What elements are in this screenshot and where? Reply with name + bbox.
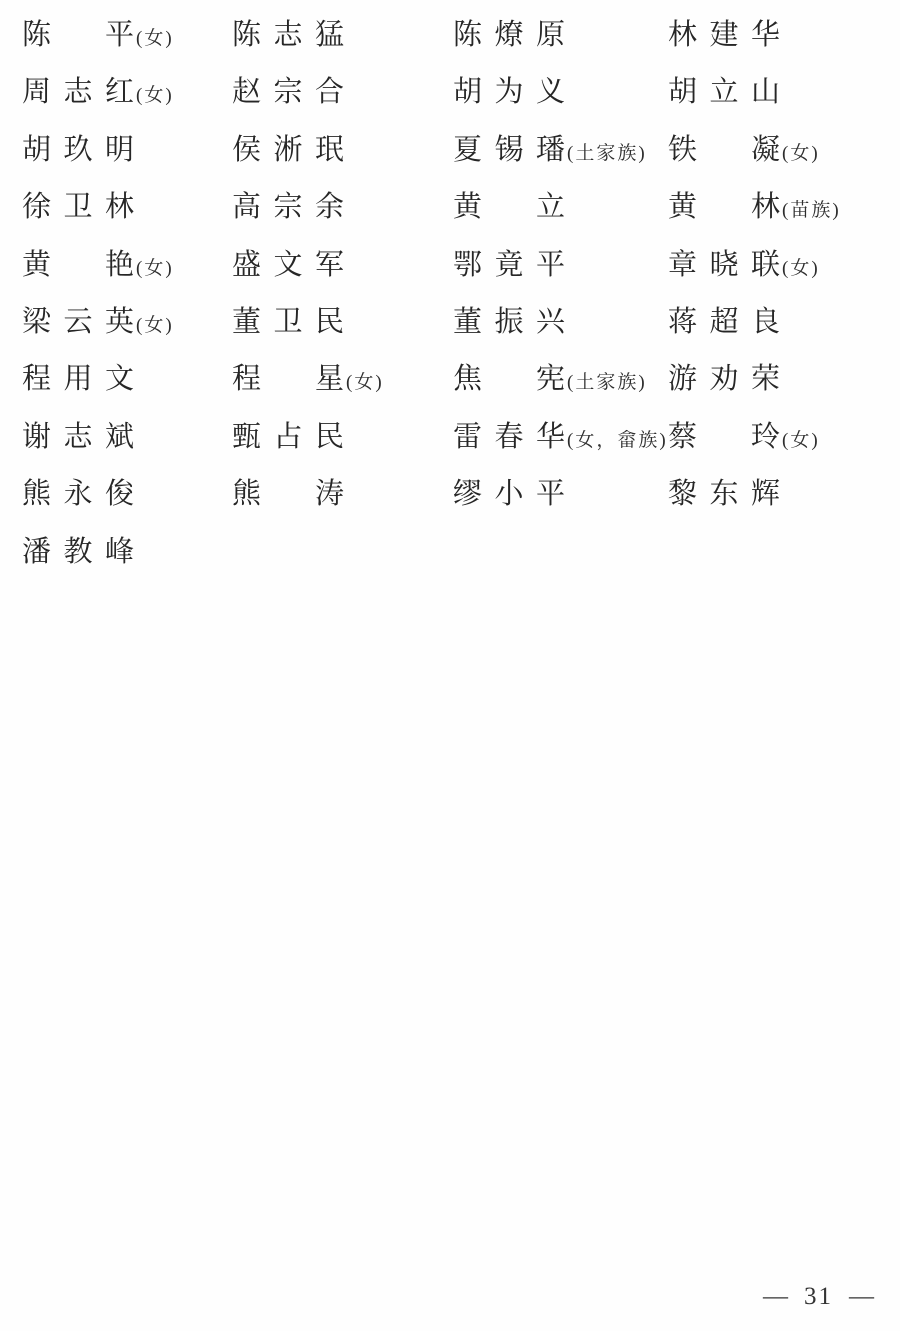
name-char: 陈: [453, 20, 482, 51]
person-name: 胡为义: [453, 77, 565, 108]
name-char: 余: [315, 192, 344, 223]
name-char: 民: [315, 422, 344, 453]
name-char: 劝: [709, 364, 738, 395]
person-name: 赵宗合: [232, 77, 344, 108]
name-char: 为: [494, 77, 523, 108]
name-char: 宗: [273, 192, 302, 223]
person-entry: 蔡玲(女): [668, 422, 841, 479]
gender-ethnicity-annotation: (女): [782, 258, 820, 279]
person-entry: 程用文: [22, 364, 174, 421]
name-char: 艳: [105, 250, 134, 281]
name-char: 燎: [494, 20, 523, 51]
name-char: 兴: [536, 307, 565, 338]
person-entry: 高宗余: [232, 192, 384, 249]
name-char: 游: [668, 364, 697, 395]
gender-ethnicity-annotation: (土家族): [567, 372, 647, 393]
person-name: 甄占民: [232, 422, 344, 453]
name-char: 胡: [453, 77, 482, 108]
name-char: 林: [751, 192, 780, 223]
name-column-4: 林建华胡立山铁凝(女)黄林(苗族)章晓联(女)蒋超良游劝荣蔡玲(女)黎东辉: [668, 20, 841, 537]
name-char: 小: [494, 479, 523, 510]
person-name: 盛文军: [232, 250, 344, 281]
gender-ethnicity-annotation: (女): [346, 372, 384, 393]
name-char: 荣: [751, 364, 780, 395]
name-char: 徐: [22, 192, 51, 223]
name-char: 平: [536, 479, 565, 510]
person-entry: 胡玖明: [22, 135, 174, 192]
name-char: 陈: [22, 20, 51, 51]
name-char: 合: [315, 77, 344, 108]
name-char: 志: [273, 20, 302, 51]
name-char: 鄂: [453, 250, 482, 281]
person-entry: 胡为义: [453, 77, 668, 134]
person-name: 黄林: [668, 192, 780, 223]
name-char: 建: [709, 20, 738, 51]
person-entry: 陈燎原: [453, 20, 668, 77]
name-char: 夏: [453, 135, 482, 166]
person-entry: 黄立: [453, 192, 668, 249]
name-char: 华: [751, 20, 780, 51]
name-column-3: 陈燎原胡为义夏锡璠(土家族)黄立鄂竟平董振兴焦宪(土家族)雷春华(女，畲族)缪小…: [453, 20, 668, 537]
person-entry: 周志红(女): [22, 77, 174, 134]
person-name: 蔡玲: [668, 422, 780, 453]
person-name: 程用文: [22, 364, 134, 395]
name-char: 铁: [668, 135, 697, 166]
name-char: 蒋: [668, 307, 697, 338]
person-entry: 胡立山: [668, 77, 841, 134]
name-char: 山: [751, 77, 780, 108]
name-char: 黄: [22, 250, 51, 281]
name-char: 陈: [232, 20, 261, 51]
name-char: 云: [63, 307, 92, 338]
person-name: 鄂竟平: [453, 250, 565, 281]
name-char: 英: [105, 307, 134, 338]
name-char: 华: [536, 422, 565, 453]
name-char: 超: [709, 307, 738, 338]
name-char: 义: [536, 77, 565, 108]
person-entry: 侯淅珉: [232, 135, 384, 192]
name-char: 蔡: [668, 422, 697, 453]
name-char: 春: [494, 422, 523, 453]
person-name: 雷春华: [453, 422, 565, 453]
name-char: 志: [63, 77, 92, 108]
name-char: 宪: [536, 364, 565, 395]
name-char: 黄: [453, 192, 482, 223]
person-entry: 黎东辉: [668, 479, 841, 536]
name-char: 原: [536, 20, 565, 51]
gender-ethnicity-annotation: (女): [136, 258, 174, 279]
person-name: 潘教峰: [22, 537, 134, 568]
name-char: 用: [63, 364, 92, 395]
name-char: 卫: [63, 192, 92, 223]
name-char: 熊: [232, 479, 261, 510]
person-name: 谢志斌: [22, 422, 134, 453]
name-char: 斌: [105, 422, 134, 453]
name-char: 甄: [232, 422, 261, 453]
person-name: 程星: [232, 364, 344, 395]
name-char: 军: [315, 250, 344, 281]
name-char: 民: [315, 307, 344, 338]
person-entry: 谢志斌: [22, 422, 174, 479]
person-name: 黄艳: [22, 250, 134, 281]
person-entry: 游劝荣: [668, 364, 841, 421]
person-entry: 林建华: [668, 20, 841, 77]
page-footer: —31—: [763, 1283, 874, 1311]
name-char: 缪: [453, 479, 482, 510]
name-char: 星: [315, 364, 344, 395]
person-name: 熊永俊: [22, 479, 134, 510]
person-name: 梁云英: [22, 307, 134, 338]
name-char: 立: [536, 192, 565, 223]
name-char: 文: [105, 364, 134, 395]
person-name: 董振兴: [453, 307, 565, 338]
person-entry: 鄂竟平: [453, 250, 668, 307]
gender-ethnicity-annotation: (女): [782, 430, 820, 451]
person-entry: 夏锡璠(土家族): [453, 135, 668, 192]
name-char: 平: [536, 250, 565, 281]
name-char: 董: [453, 307, 482, 338]
name-char: 峰: [105, 537, 134, 568]
name-char: 黎: [668, 479, 697, 510]
gender-ethnicity-annotation: (土家族): [567, 143, 647, 164]
name-char: 立: [709, 77, 738, 108]
name-char: 俊: [105, 479, 134, 510]
person-entry: 董振兴: [453, 307, 668, 364]
person-entry: 潘教峰: [22, 537, 174, 594]
person-entry: 章晓联(女): [668, 250, 841, 307]
name-char: 竟: [494, 250, 523, 281]
name-char: 章: [668, 250, 697, 281]
name-char: 志: [63, 422, 92, 453]
name-char: 东: [709, 479, 738, 510]
name-char: 占: [273, 422, 302, 453]
name-char: 梁: [22, 307, 51, 338]
person-entry: 缪小平: [453, 479, 668, 536]
name-char: 晓: [709, 250, 738, 281]
person-name: 铁凝: [668, 135, 780, 166]
name-char: 潘: [22, 537, 51, 568]
name-char: 黄: [668, 192, 697, 223]
name-char: 永: [63, 479, 92, 510]
name-char: 玖: [63, 135, 92, 166]
name-char: 赵: [232, 77, 261, 108]
person-entry: 雷春华(女，畲族): [453, 422, 668, 479]
gender-ethnicity-annotation: (女): [136, 315, 174, 336]
name-char: 明: [105, 135, 134, 166]
name-char: 锡: [494, 135, 523, 166]
name-char: 周: [22, 77, 51, 108]
name-char: 侯: [232, 135, 261, 166]
gender-ethnicity-annotation: (苗族): [782, 200, 841, 221]
person-name: 熊涛: [232, 479, 344, 510]
name-char: 雷: [453, 422, 482, 453]
name-char: 教: [63, 537, 92, 568]
person-entry: 梁云英(女): [22, 307, 174, 364]
name-char: 熊: [22, 479, 51, 510]
person-entry: 熊永俊: [22, 479, 174, 536]
person-entry: 熊涛: [232, 479, 384, 536]
name-char: 玲: [751, 422, 780, 453]
name-char: 胡: [668, 77, 697, 108]
name-char: 林: [668, 20, 697, 51]
name-char: 程: [22, 364, 51, 395]
person-name: 董卫民: [232, 307, 344, 338]
person-name: 高宗余: [232, 192, 344, 223]
gender-ethnicity-annotation: (女): [136, 85, 174, 106]
name-column-2: 陈志猛赵宗合侯淅珉高宗余盛文军董卫民程星(女)甄占民熊涛: [232, 20, 384, 537]
person-entry: 黄艳(女): [22, 250, 174, 307]
name-char: 盛: [232, 250, 261, 281]
name-char: 高: [232, 192, 261, 223]
name-char: 卫: [273, 307, 302, 338]
person-name: 胡立山: [668, 77, 780, 108]
gender-ethnicity-annotation: (女，畲族): [567, 430, 668, 451]
person-entry: 董卫民: [232, 307, 384, 364]
name-char: 珉: [315, 135, 344, 166]
name-char: 胡: [22, 135, 51, 166]
person-entry: 徐卫林: [22, 192, 174, 249]
person-name: 缪小平: [453, 479, 565, 510]
person-entry: 蒋超良: [668, 307, 841, 364]
name-char: 平: [105, 20, 134, 51]
person-name: 游劝荣: [668, 364, 780, 395]
page-number: 31: [804, 1283, 833, 1311]
name-char: 振: [494, 307, 523, 338]
person-entry: 盛文军: [232, 250, 384, 307]
person-name: 徐卫林: [22, 192, 134, 223]
person-name: 章晓联: [668, 250, 780, 281]
name-char: 猛: [315, 20, 344, 51]
gender-ethnicity-annotation: (女): [136, 28, 174, 49]
document-page: 陈平(女)周志红(女)胡玖明徐卫林黄艳(女)梁云英(女)程用文谢志斌熊永俊潘教峰…: [0, 0, 900, 1331]
name-char: 焦: [453, 364, 482, 395]
person-entry: 铁凝(女): [668, 135, 841, 192]
person-name: 周志红: [22, 77, 134, 108]
name-char: 凝: [751, 135, 780, 166]
name-char: 涛: [315, 479, 344, 510]
person-name: 侯淅珉: [232, 135, 344, 166]
person-name: 焦宪: [453, 364, 565, 395]
name-char: 辉: [751, 479, 780, 510]
name-char: 红: [105, 77, 134, 108]
name-char: 董: [232, 307, 261, 338]
person-name: 夏锡璠: [453, 135, 565, 166]
person-name: 胡玖明: [22, 135, 134, 166]
name-char: 林: [105, 192, 134, 223]
gender-ethnicity-annotation: (女): [782, 143, 820, 164]
person-name: 林建华: [668, 20, 780, 51]
footer-dash-left: —: [763, 1283, 788, 1310]
person-entry: 赵宗合: [232, 77, 384, 134]
name-char: 谢: [22, 422, 51, 453]
name-column-1: 陈平(女)周志红(女)胡玖明徐卫林黄艳(女)梁云英(女)程用文谢志斌熊永俊潘教峰: [22, 20, 174, 594]
footer-dash-right: —: [849, 1283, 874, 1310]
name-char: 文: [273, 250, 302, 281]
name-char: 璠: [536, 135, 565, 166]
name-char: 程: [232, 364, 261, 395]
name-char: 联: [751, 250, 780, 281]
person-name: 黄立: [453, 192, 565, 223]
name-char: 良: [751, 307, 780, 338]
name-char: 淅: [273, 135, 302, 166]
person-name: 陈志猛: [232, 20, 344, 51]
person-name: 陈燎原: [453, 20, 565, 51]
person-entry: 陈志猛: [232, 20, 384, 77]
person-entry: 黄林(苗族): [668, 192, 841, 249]
name-char: 宗: [273, 77, 302, 108]
person-name: 陈平: [22, 20, 134, 51]
person-entry: 程星(女): [232, 364, 384, 421]
person-entry: 甄占民: [232, 422, 384, 479]
person-entry: 焦宪(土家族): [453, 364, 668, 421]
person-name: 黎东辉: [668, 479, 780, 510]
person-name: 蒋超良: [668, 307, 780, 338]
person-entry: 陈平(女): [22, 20, 174, 77]
